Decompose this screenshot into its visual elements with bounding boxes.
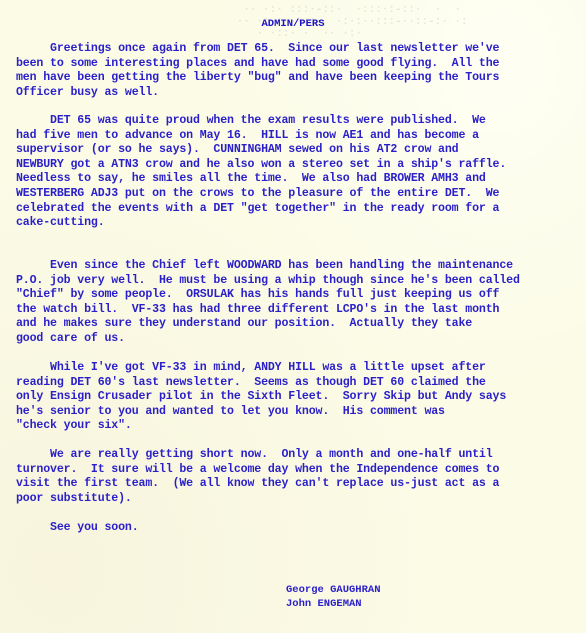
text-line: and he makes sure they understand our po… (16, 317, 586, 332)
paragraph-closing: See you soon. (16, 521, 586, 536)
text-line: "check your six". (16, 419, 586, 434)
section-heading: ADMIN/PERS (0, 18, 586, 30)
text-line: NEWBURY got a ATN3 crow and he also won … (16, 158, 586, 173)
text-line: DET 65 was quite proud when the exam res… (16, 114, 586, 129)
text-line: the watch bill. VF-33 has had three diff… (16, 303, 586, 318)
text-line: he's senior to you and wanted to let you… (16, 405, 586, 420)
text-line: While I've got VF-33 in mind, ANDY HILL … (16, 361, 586, 376)
text-line: turnover. It sure will be a welcome day … (16, 463, 586, 478)
paragraph-greetings: Greetings once again from DET 65. Since … (16, 42, 586, 100)
newsletter-page: ·· ·:· :::·-::· ·:::·:-::· · · ·· ·:·:·-… (0, 0, 586, 633)
text-line: We are really getting short now. Only a … (16, 448, 586, 463)
paragraph-maintenance: Even since the Chief left WOODWARD has b… (16, 259, 586, 347)
text-line: See you soon. (16, 521, 586, 536)
signature-john-engeman: John ENGEMAN (286, 598, 362, 611)
text-line: cake-cutting. (16, 216, 586, 231)
text-line: WESTERBERG ADJ3 put on the crows to the … (16, 187, 586, 202)
text-line: only Ensign Crusader pilot in the Sixth … (16, 390, 586, 405)
text-line: "Chief" by some people. ORSULAK has his … (16, 288, 586, 303)
text-line: P.O. job very well. He must be using a w… (16, 274, 586, 289)
text-line: Greetings once again from DET 65. Since … (16, 42, 586, 57)
text-line: supervisor (or so he says). CUNNINGHAM s… (16, 143, 586, 158)
paragraph-turnover: We are really getting short now. Only a … (16, 448, 586, 506)
text-line: been to some interesting places and have… (16, 57, 586, 72)
text-line: Officer busy as well. (16, 86, 586, 101)
text-line: good care of us. (16, 332, 586, 347)
paragraph-exam-results: DET 65 was quite proud when the exam res… (16, 114, 586, 231)
text-line: Needless to say, he smiles all the time.… (16, 172, 586, 187)
signature-george-gaughran: George GAUGHRAN (286, 584, 381, 597)
text-line: had five men to advance on May 16. HILL … (16, 129, 586, 144)
text-line: visit the first team. (We all know they … (16, 477, 586, 492)
paragraph-vf33: While I've got VF-33 in mind, ANDY HILL … (16, 361, 586, 434)
text-line: reading DET 60's last newsletter. Seems … (16, 376, 586, 391)
text-line: poor substitute). (16, 492, 586, 507)
text-line: men have been getting the liberty "bug" … (16, 71, 586, 86)
text-line: celebrated the events with a DET "get to… (16, 202, 586, 217)
text-line: Even since the Chief left WOODWARD has b… (16, 259, 586, 274)
